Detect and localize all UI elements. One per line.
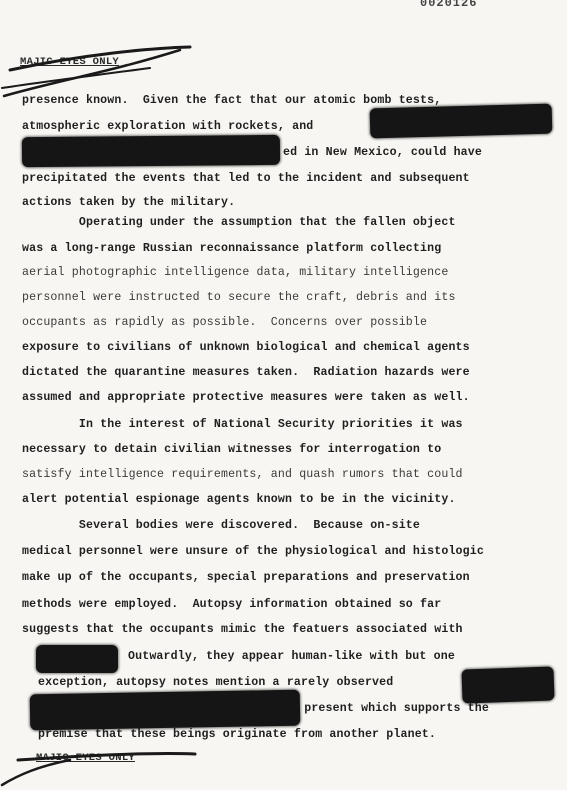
text-line: exception, autopsy notes mention a rarel… — [38, 676, 393, 690]
text-line: Outwardly, they appear human-like with b… — [128, 650, 455, 664]
text-line: exposure to civilians of unknown biologi… — [22, 341, 470, 355]
text-line: was a long-range Russian reconnaissance … — [22, 242, 441, 256]
top-classification-marking: MAJIC EYES ONLY — [20, 56, 119, 68]
text-line: alert potential espionage agents known t… — [22, 493, 456, 507]
text-line: ed in New Mexico, could have — [283, 146, 482, 160]
text-line: presence known. Given the fact that our … — [22, 94, 441, 108]
text-line: occupants as rapidly as possible. Concer… — [22, 316, 427, 330]
redaction-block — [30, 690, 301, 731]
text-line: Operating under the assumption that the … — [22, 216, 456, 230]
text-line: s present which supports the — [290, 702, 489, 716]
text-line: actions taken by the military. — [22, 196, 235, 210]
text-line: dictated the quarantine measures taken. … — [22, 366, 470, 380]
text-line: assumed and appropriate protective measu… — [22, 391, 470, 405]
text-line: personnel were instructed to secure the … — [22, 291, 456, 305]
text-line: necessary to detain civilian witnesses f… — [22, 443, 441, 457]
text-line: methods were employed. Autopsy informati… — [22, 598, 441, 612]
text-line: In the interest of National Security pri… — [22, 418, 463, 432]
redaction-block — [461, 666, 554, 703]
text-line: aerial photographic intelligence data, m… — [22, 266, 448, 280]
text-line: Several bodies were discovered. Because … — [22, 519, 420, 533]
document-number: 0020126 — [420, 0, 477, 10]
bottom-classification-marking: MAJIC EYES ONLY — [36, 752, 135, 764]
redaction-block — [36, 645, 118, 673]
text-line: satisfy intelligence requirements, and q… — [22, 468, 463, 482]
redaction-block — [370, 104, 553, 139]
text-line: suggests that the occupants mimic the fe… — [22, 623, 463, 637]
text-line: precipitated the events that led to the … — [22, 172, 470, 186]
text-line: premise that these beings originate from… — [38, 728, 436, 742]
text-line: medical personnel were unsure of the phy… — [22, 545, 484, 559]
text-line: make up of the occupants, special prepar… — [22, 571, 470, 585]
redaction-block — [22, 135, 280, 167]
document-page: 0020126 MAJIC EYES ONLY presence known. … — [0, 0, 567, 790]
text-line: atmospheric exploration with rockets, an… — [22, 120, 313, 134]
